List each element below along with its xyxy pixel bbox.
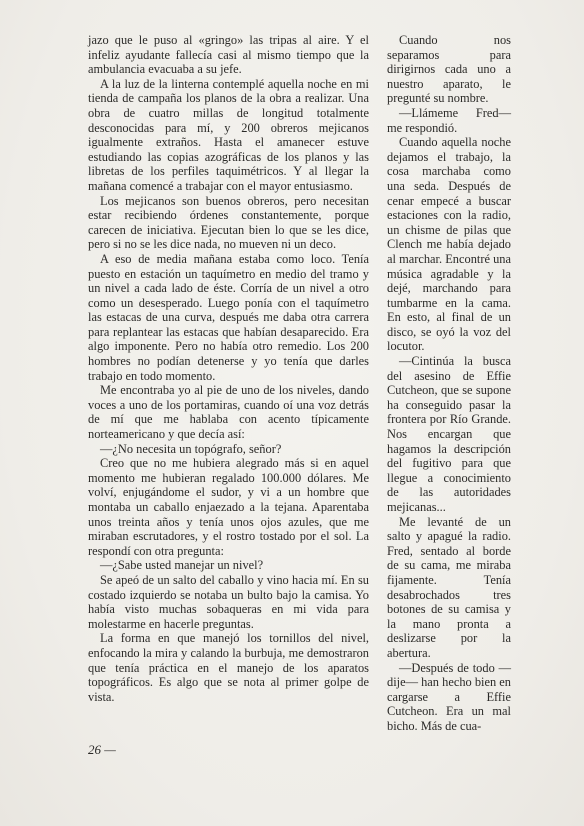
paragraph: Cuando nos separamos para dirigirnos cad…	[387, 33, 511, 106]
paragraph: Me levanté de un salto y apagué la radio…	[387, 515, 511, 661]
book-page: jazo que le puso al «gringo» las tripas …	[0, 0, 584, 826]
paragraph: A eso de media mañana estaba como loco. …	[88, 252, 369, 383]
dialogue-line: —Después de todo —dije— han hecho bien e…	[387, 661, 511, 734]
paragraph: Se apeó de un salto del caballo y vino h…	[88, 573, 369, 631]
paragraph: jazo que le puso al «gringo» las tripas …	[88, 33, 369, 77]
paragraph: Me encontraba yo al pie de uno de los ni…	[88, 383, 369, 441]
paragraph: La forma en que manejó los tornillos del…	[88, 631, 369, 704]
dialogue-line: —Cintinúa la busca del asesino de Effie …	[387, 354, 511, 515]
dialogue-line: —¿No necesita un topógrafo, señor?	[88, 442, 369, 457]
paragraph: A la luz de la linterna contemplé aquell…	[88, 77, 369, 194]
dialogue-line: —¿Sabe usted manejar un nivel?	[88, 558, 369, 573]
paragraph: Creo que no me hubiera alegrado más si e…	[88, 456, 369, 558]
paragraph: Cuando aquella noche dejamos el trabajo,…	[387, 135, 511, 354]
dialogue-line: —Llámeme Fred— me respondió.	[387, 106, 511, 135]
right-text-column: Cuando nos separamos para dirigirnos cad…	[387, 33, 511, 734]
page-number: 26 —	[88, 742, 116, 758]
left-text-column: jazo que le puso al «gringo» las tripas …	[88, 33, 369, 704]
paragraph: Los mejicanos son buenos obreros, pero n…	[88, 194, 369, 252]
